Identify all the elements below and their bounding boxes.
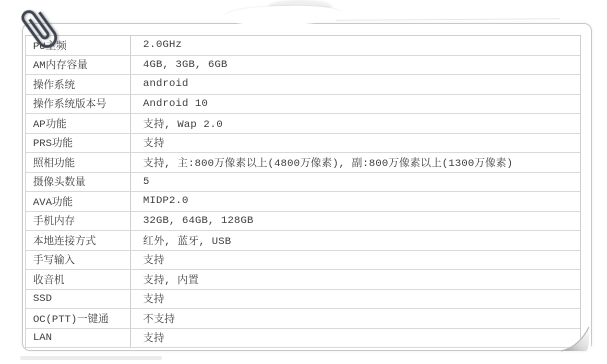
table-row: PRS功能 支持 — [26, 134, 580, 154]
spec-label: AVA功能 — [26, 192, 131, 211]
table-row: 收音机 支持, 内置 — [26, 270, 580, 290]
spec-label: 手机内存 — [26, 212, 131, 231]
spec-value: 不支持 — [131, 309, 580, 328]
spec-label: 操作系统 — [26, 75, 131, 94]
spec-label: 手写输入 — [26, 251, 131, 270]
spec-value: 支持, Wap 2.0 — [131, 114, 580, 133]
paper-shadow — [20, 356, 162, 360]
table-row: AM内存容量 4GB, 3GB, 6GB — [26, 56, 580, 76]
page-curl — [558, 318, 594, 353]
table-row: AP功能 支持, Wap 2.0 — [26, 114, 580, 134]
spec-value: 2.0GHz — [131, 36, 580, 55]
torn-edge-line — [336, 18, 560, 21]
spec-value: 支持 — [131, 329, 580, 348]
table-row: 本地连接方式 红外, 蓝牙, USB — [26, 231, 580, 251]
table-row: AVA功能 MIDP2.0 — [26, 192, 580, 212]
spec-label: OC(PTT)一键通 — [26, 309, 131, 328]
table-row: 手机内存 32GB, 64GB, 128GB — [26, 212, 580, 232]
spec-label: 摄像头数量 — [26, 173, 131, 192]
table-row: OC(PTT)一键通 不支持 — [26, 309, 580, 329]
spec-label: SSD — [26, 290, 131, 309]
spec-label: 照相功能 — [26, 153, 131, 172]
spec-value: 支持 — [131, 290, 580, 309]
table-row: SSD 支持 — [26, 290, 580, 310]
spec-label: AM内存容量 — [26, 56, 131, 75]
spec-value: 支持 — [131, 251, 580, 270]
spec-value: 支持, 主:800万像素以上(4800万像素), 副:800万像素以上(1300… — [131, 153, 580, 172]
spec-value: 32GB, 64GB, 128GB — [131, 212, 580, 231]
table-row: 摄像头数量 5 — [26, 173, 580, 193]
spec-label: 操作系统版本号 — [26, 95, 131, 114]
spec-label: 收音机 — [26, 270, 131, 289]
spec-sheet-card: PU主频 2.0GHz AM内存容量 4GB, 3GB, 6GB 操作系统 an… — [22, 23, 592, 351]
spec-table: PU主频 2.0GHz AM内存容量 4GB, 3GB, 6GB 操作系统 an… — [25, 35, 581, 348]
spec-value: 5 — [131, 173, 580, 192]
table-row: 操作系统 android — [26, 75, 580, 95]
spec-value: 4GB, 3GB, 6GB — [131, 56, 580, 75]
spec-value: 支持 — [131, 134, 580, 153]
spec-value: 红外, 蓝牙, USB — [131, 231, 580, 250]
table-row: PU主频 2.0GHz — [26, 36, 580, 56]
table-row: 手写输入 支持 — [26, 251, 580, 271]
table-row: 照相功能 支持, 主:800万像素以上(4800万像素), 副:800万像素以上… — [26, 153, 580, 173]
spec-label: 本地连接方式 — [26, 231, 131, 250]
table-row: 操作系统版本号 Android 10 — [26, 95, 580, 115]
spec-value: android — [131, 75, 580, 94]
spec-value: Android 10 — [131, 95, 580, 114]
spec-value: MIDP2.0 — [131, 192, 580, 211]
spec-label: PRS功能 — [26, 134, 131, 153]
table-row: LAN 支持 — [26, 329, 580, 349]
spec-value: 支持, 内置 — [131, 270, 580, 289]
spec-label: LAN — [26, 329, 131, 348]
spec-label: AP功能 — [26, 114, 131, 133]
